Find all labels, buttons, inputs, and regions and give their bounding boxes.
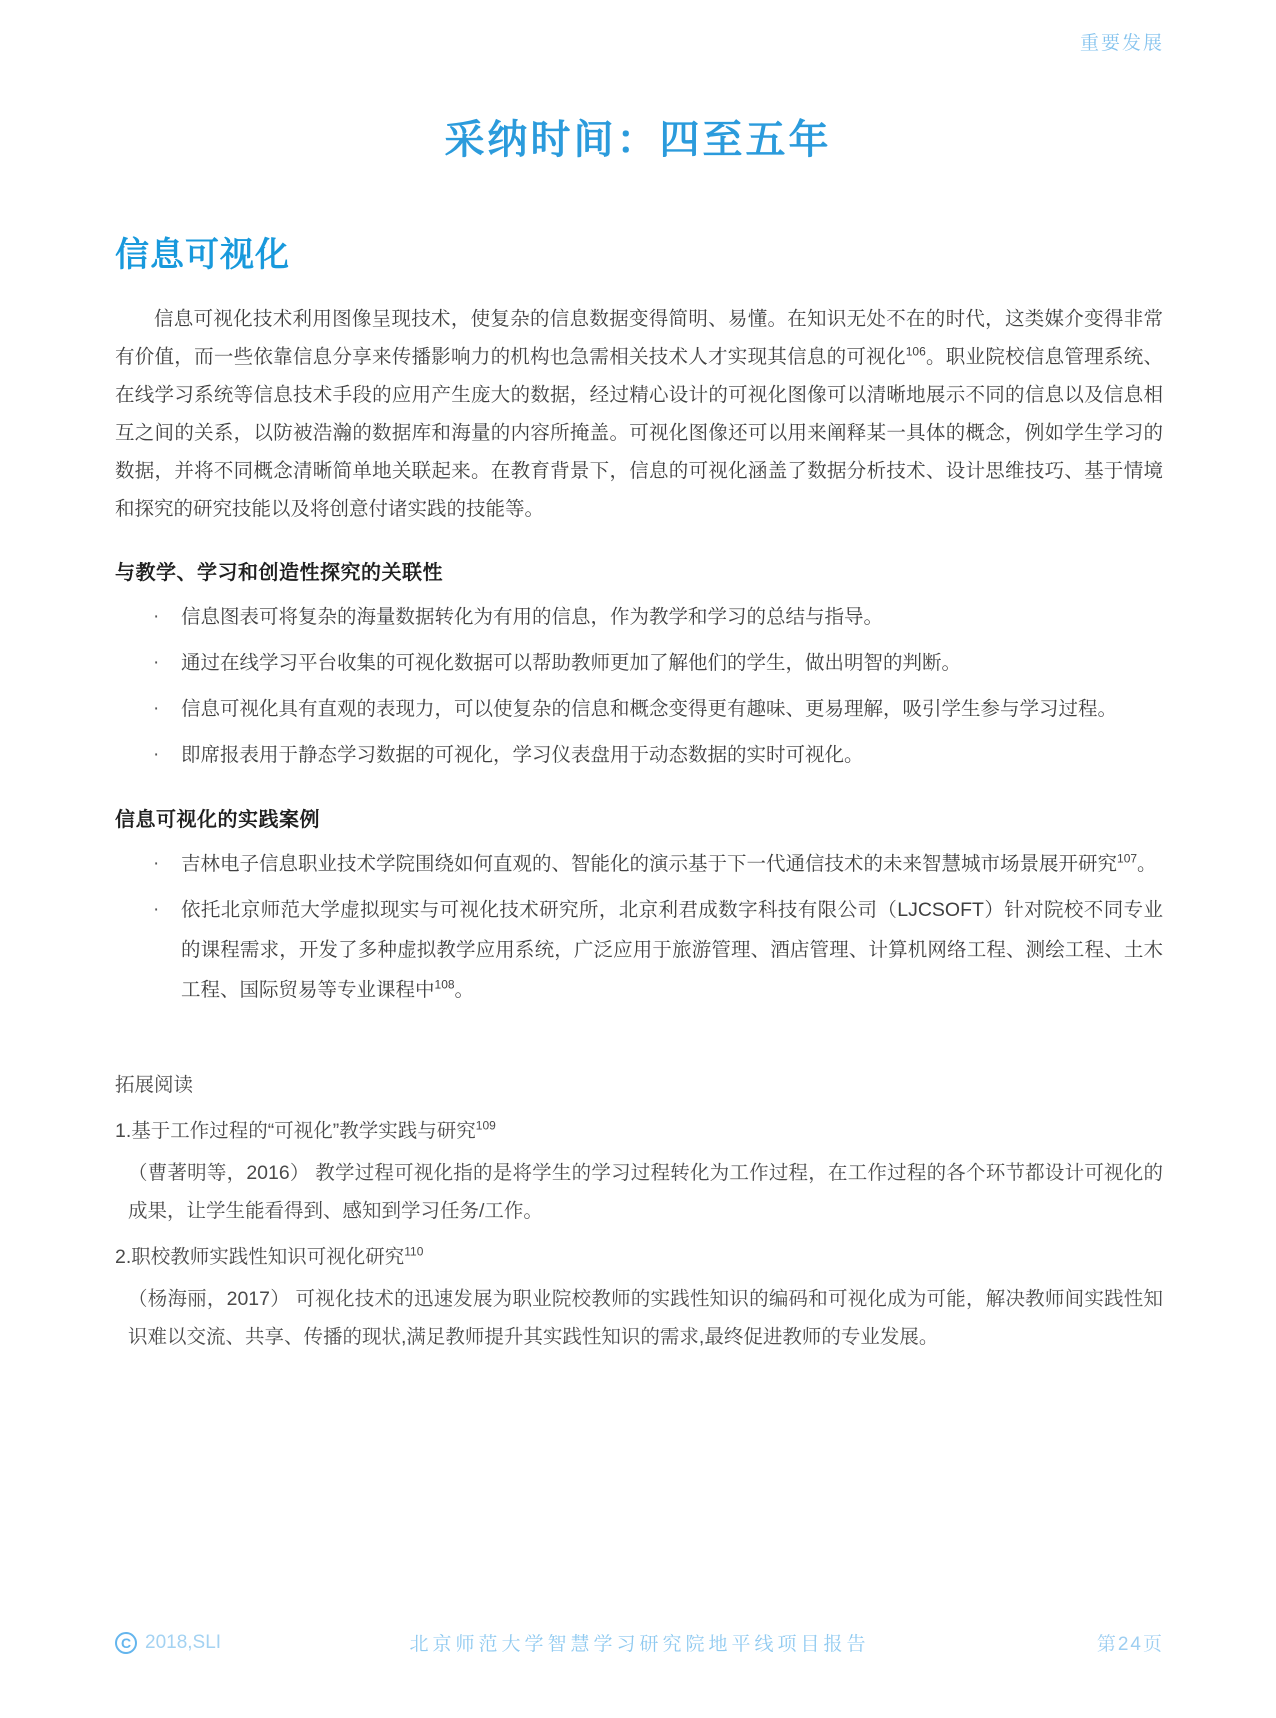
footnote-110: 110 <box>404 1245 423 1259</box>
footer-report-title: 北京师范大学智慧学习研究院地平线项目报告 <box>395 1629 884 1656</box>
reading-block: 拓展阅读 1.基于工作过程的“可视化”教学实践与研究109 （曹著明等，2016… <box>115 1066 1163 1356</box>
reading-item: 2.职校教师实践性知识可视化研究110 （杨海丽，2017） 可视化技术的迅速发… <box>115 1238 1163 1356</box>
bullet-text: 通过在线学习平台收集的可视化数据可以帮助教师更加了解他们的学生，做出明智的判断。 <box>181 643 1163 683</box>
bullet-text: 吉林电子信息职业技术学院围绕如何直观的、智能化的演示基于下一代通信技术的未来智慧… <box>181 844 1163 884</box>
footnote-109: 109 <box>476 1119 496 1133</box>
footnote-106: 106 <box>906 345 926 359</box>
bullet-dot-icon: · <box>153 643 181 683</box>
bullet-dot-icon: · <box>153 735 181 775</box>
case-text-end: 。 <box>455 979 475 1001</box>
intro-paragraph: 信息可视化技术利用图像呈现技术，使复杂的信息数据变得简明、易懂。在知识无处不在的… <box>115 300 1163 528</box>
bullet-text: 信息图表可将复杂的海量数据转化为有用的信息，作为教学和学习的总结与指导。 <box>181 597 1163 637</box>
reading-item-body: （曹著明等，2016） 教学过程可视化指的是将学生的学习过程转化为工作过程，在工… <box>115 1154 1163 1230</box>
case-text-end: 。 <box>1137 853 1157 875</box>
list-item: · 信息图表可将复杂的海量数据转化为有用的信息，作为教学和学习的总结与指导。 <box>115 597 1163 637</box>
reading-item: 1.基于工作过程的“可视化”教学实践与研究109 （曹著明等，2016） 教学过… <box>115 1112 1163 1230</box>
reading-title-text: 2.职校教师实践性知识可视化研究 <box>115 1246 404 1268</box>
bullet-text: 信息可视化具有直观的表现力，可以使复杂的信息和概念变得更有趣味、更易理解，吸引学… <box>181 689 1163 729</box>
reading-heading: 拓展阅读 <box>115 1066 1163 1104</box>
reading-item-title: 2.职校教师实践性知识可视化研究110 <box>115 1238 1163 1276</box>
list-item: · 信息可视化具有直观的表现力，可以使复杂的信息和概念变得更有趣味、更易理解，吸… <box>115 689 1163 729</box>
page-footer: C 2018,SLI 北京师范大学智慧学习研究院地平线项目报告 第24页 <box>0 1629 1276 1656</box>
reading-item-body: （杨海丽，2017） 可视化技术的迅速发展为职业院校教师的实践性知识的编码和可视… <box>115 1280 1163 1356</box>
footnote-108: 108 <box>435 978 455 992</box>
bullet-text: 依托北京师范大学虚拟现实与可视化技术研究所，北京利君成数字科技有限公司（LJCS… <box>181 890 1163 1010</box>
list-item: · 通过在线学习平台收集的可视化数据可以帮助教师更加了解他们的学生，做出明智的判… <box>115 643 1163 683</box>
page-number: 第24页 <box>884 1629 1164 1656</box>
case-text: 吉林电子信息职业技术学院围绕如何直观的、智能化的演示基于下一代通信技术的未来智慧… <box>181 853 1117 875</box>
footer-copyright: C 2018,SLI <box>115 1632 395 1654</box>
copyright-text: 2018,SLI <box>145 1632 221 1654</box>
intro-text-part2: 。职业院校信息管理系统、在线学习系统等信息技术手段的应用产生庞大的数据，经过精心… <box>115 346 1163 520</box>
section-heading: 信息可视化 <box>115 227 1163 276</box>
bullet-dot-icon: · <box>153 844 181 884</box>
content-area: 信息可视化 信息可视化技术利用图像呈现技术，使复杂的信息数据变得简明、易懂。在知… <box>113 227 1163 1356</box>
list-item: · 依托北京师范大学虚拟现实与可视化技术研究所，北京利君成数字科技有限公司（LJ… <box>115 890 1163 1010</box>
footnote-107: 107 <box>1117 852 1137 866</box>
list-item: · 吉林电子信息职业技术学院围绕如何直观的、智能化的演示基于下一代通信技术的未来… <box>115 844 1163 884</box>
list-item: · 即席报表用于静态学习数据的可视化，学习仪表盘用于动态数据的实时可视化。 <box>115 735 1163 775</box>
reading-title-text: 1.基于工作过程的“可视化”教学实践与研究 <box>115 1120 476 1142</box>
case-text: 依托北京师范大学虚拟现实与可视化技术研究所，北京利君成数字科技有限公司（LJCS… <box>181 899 1163 1001</box>
page-title: 采纳时间：四至五年 <box>0 108 1276 165</box>
bullet-dot-icon: · <box>153 597 181 637</box>
reading-item-title: 1.基于工作过程的“可视化”教学实践与研究109 <box>115 1112 1163 1150</box>
bullet-text: 即席报表用于静态学习数据的可视化，学习仪表盘用于动态数据的实时可视化。 <box>181 735 1163 775</box>
bullet-dot-icon: · <box>153 890 181 1010</box>
bullet-dot-icon: · <box>153 689 181 729</box>
copyright-icon: C <box>115 1632 137 1654</box>
relevance-bullet-list: · 信息图表可将复杂的海量数据转化为有用的信息，作为教学和学习的总结与指导。 ·… <box>115 597 1163 775</box>
document-page: 重要发展 采纳时间：四至五年 信息可视化 信息可视化技术利用图像呈现技术，使复杂… <box>0 0 1276 1718</box>
relevance-heading: 与教学、学习和创造性探究的关联性 <box>115 556 1163 585</box>
cases-bullet-list: · 吉林电子信息职业技术学院围绕如何直观的、智能化的演示基于下一代通信技术的未来… <box>115 844 1163 1010</box>
cases-heading: 信息可视化的实践案例 <box>115 803 1163 832</box>
corner-label: 重要发展 <box>1080 28 1164 55</box>
